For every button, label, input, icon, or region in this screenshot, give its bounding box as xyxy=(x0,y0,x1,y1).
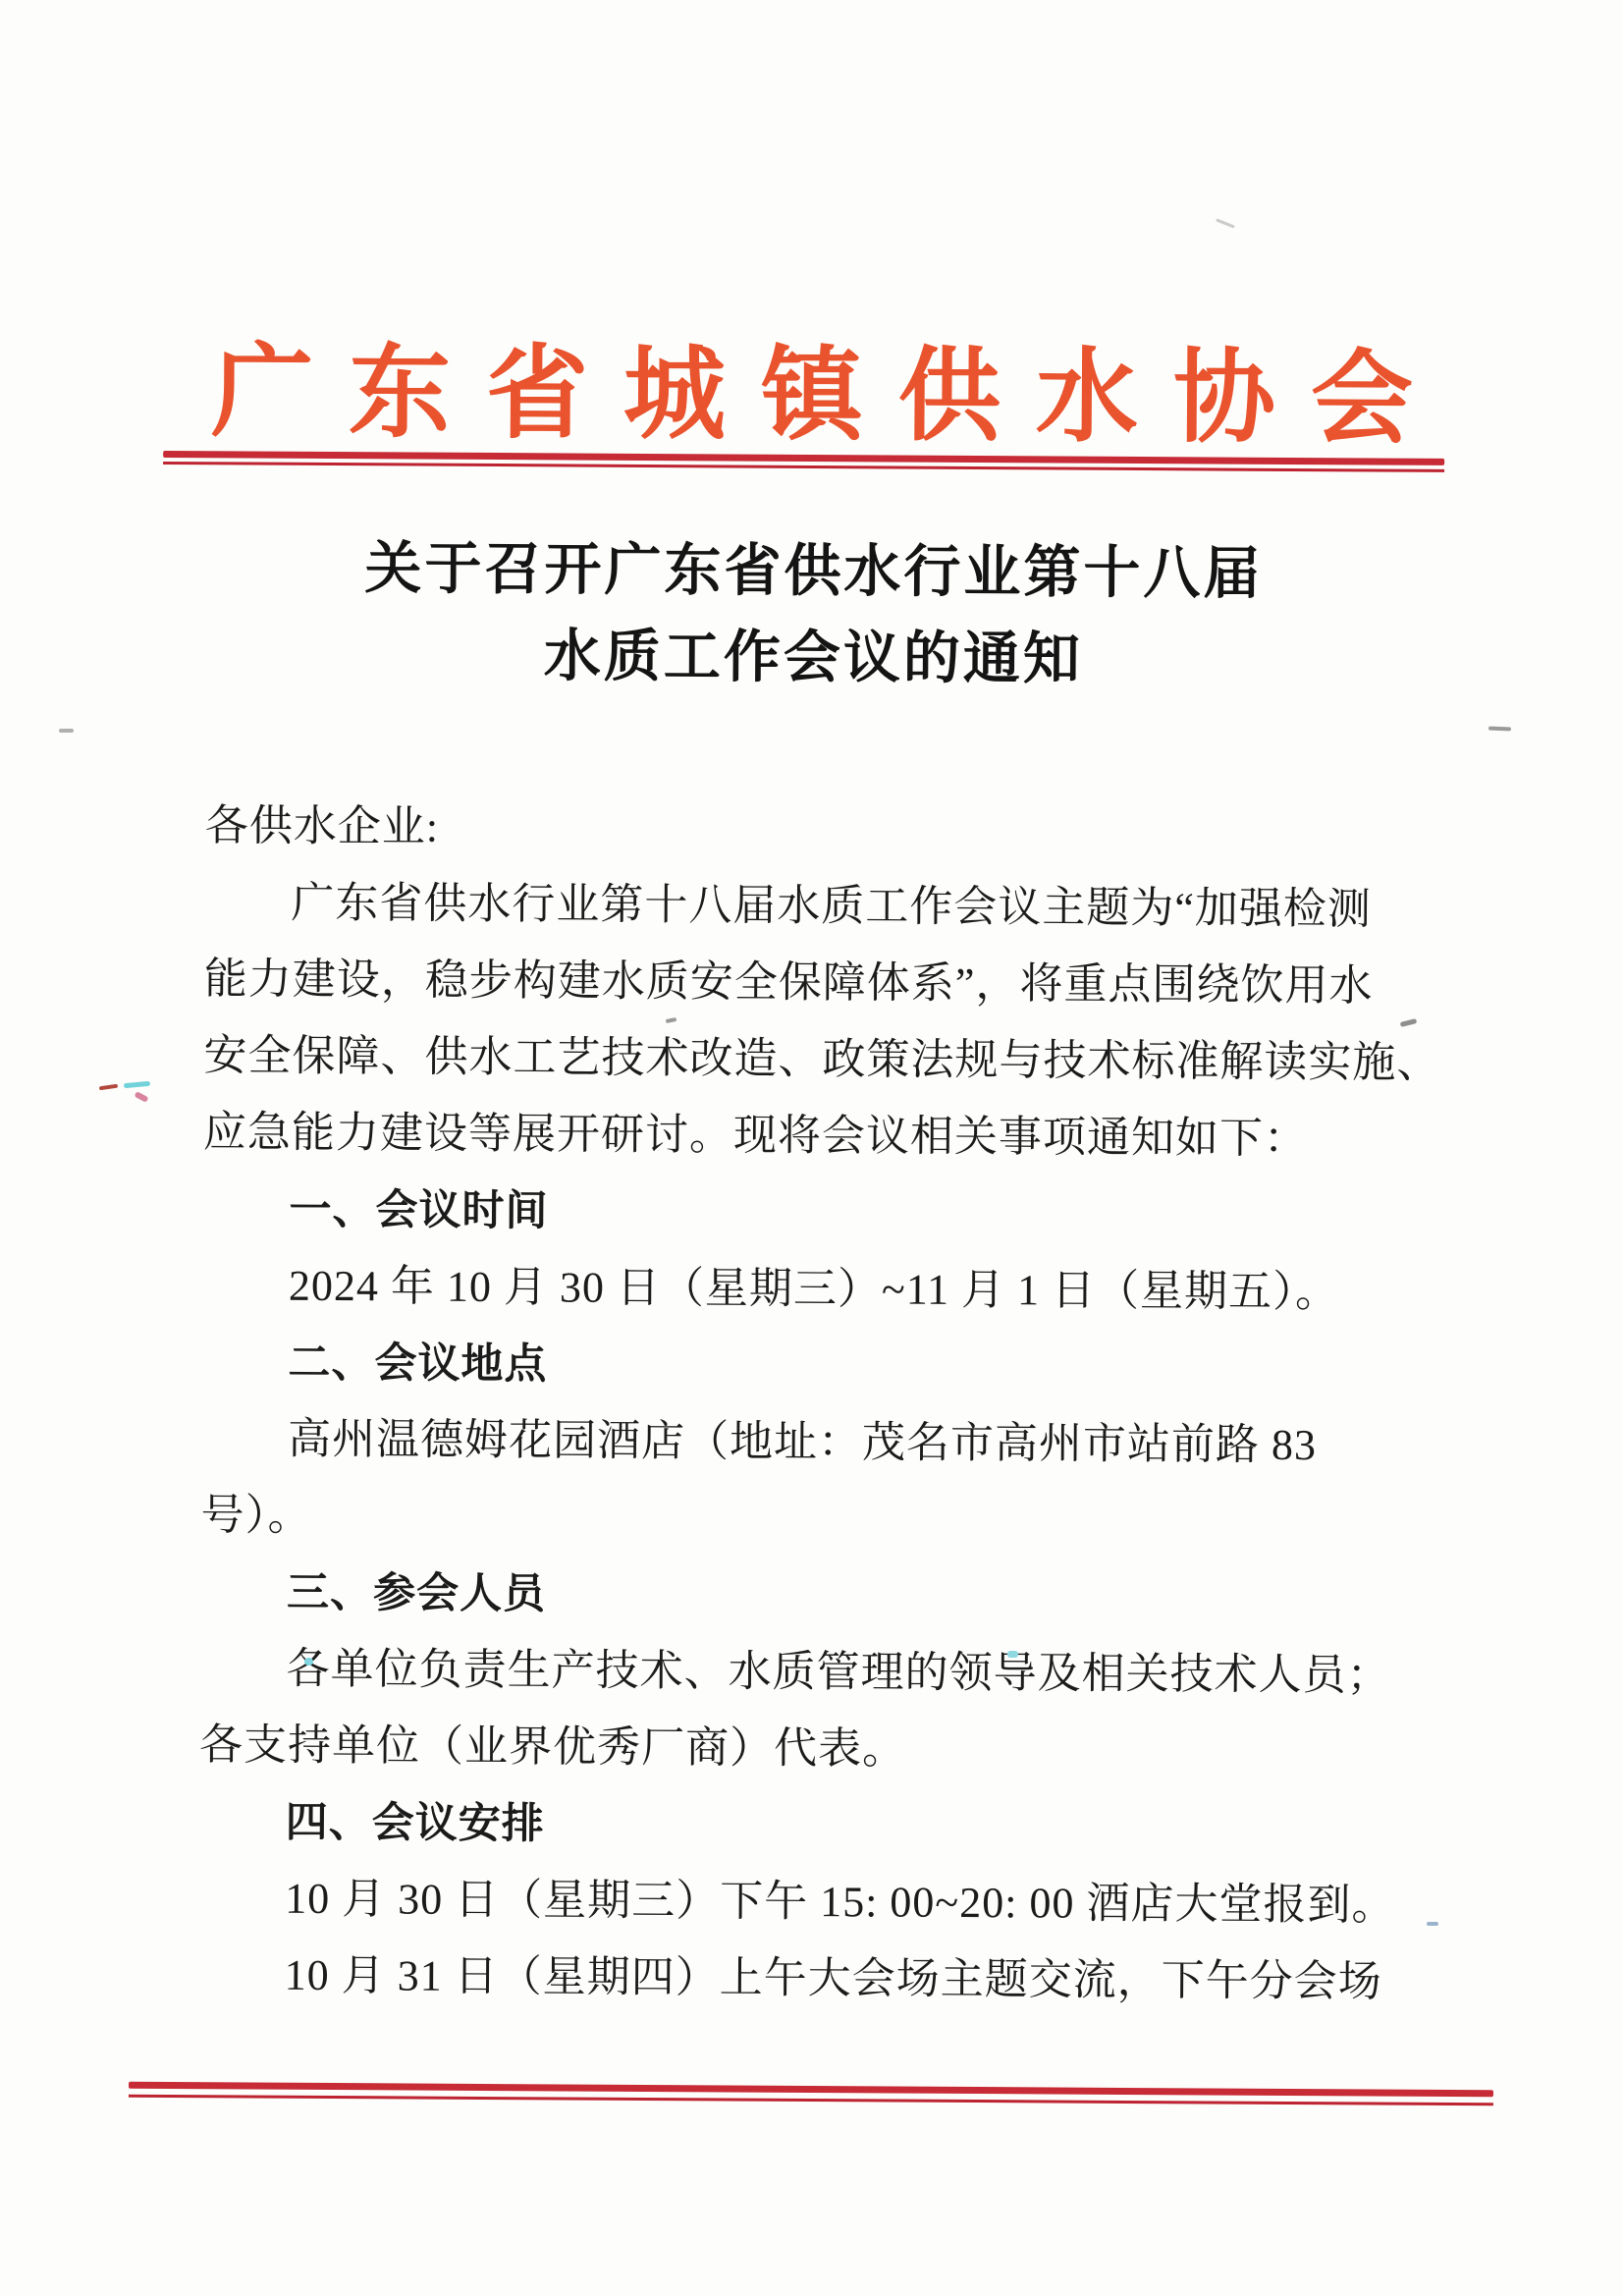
footer-rule-thin xyxy=(129,2095,1493,2105)
section-2-venue-line-1: 高州温德姆花园酒店（地址：茂名市高州市站前路 83 xyxy=(201,1400,1440,1485)
document-title-line-2: 水质工作会议的通知 xyxy=(2,610,1623,706)
scan-artifact xyxy=(59,729,74,733)
document-title-line-1: 关于召开广东省供水行业第十八届 xyxy=(2,523,1623,620)
intro-line-1: 广东省供水行业第十八届水质工作会议主题为“加强检测 xyxy=(204,864,1443,949)
section-4-schedule-line-2: 10 月 31 日（星期四）上午大会场主题交流，下午分会场 xyxy=(197,1937,1436,2021)
intro-line-4: 应急能力建设等展开研讨。现将会议相关事项通知如下： xyxy=(203,1094,1442,1178)
section-3-attendees-line-2: 各支持单位（业界优秀厂商）代表。 xyxy=(199,1707,1438,1791)
section-4-schedule-line-1: 10 月 30 日（星期三）下午 15: 00~20: 00 酒店大堂报到。 xyxy=(198,1860,1437,1944)
section-4-heading: 四、会议安排 xyxy=(198,1783,1437,1868)
section-2-venue-line-2: 号）。 xyxy=(200,1477,1439,1561)
notice-body: 各供水企业: 广东省供水行业第十八届水质工作会议主题为“加强检测 能力建设，稳步… xyxy=(197,788,1444,2021)
section-3-attendees-line-1: 各单位负责生产技术、水质管理的领导及相关技术人员； xyxy=(199,1630,1438,1715)
document-title: 关于召开广东省供水行业第十八届 水质工作会议的通知 xyxy=(2,523,1623,706)
scan-artifact xyxy=(1488,727,1511,732)
footer-rule-thick xyxy=(129,2082,1493,2097)
intro-line-2: 能力建设，稳步构建水质安全保障体系”，将重点围绕饮用水 xyxy=(204,941,1443,1025)
scan-artifact xyxy=(1427,1922,1438,1926)
section-3-heading: 三、参会人员 xyxy=(200,1554,1439,1638)
footer-double-rule xyxy=(129,2082,1493,2105)
section-1-date: 2024 年 10 月 30 日（星期三）~11 月 1 日（星期五）。 xyxy=(202,1247,1441,1332)
scanned-notice-page: 广东省城镇供水协会 关于召开广东省供水行业第十八届 水质工作会议的通知 各供水企… xyxy=(0,0,1623,2296)
organization-name: 广东省城镇供水协会 xyxy=(3,307,1623,465)
salutation-line: 各供水企业: xyxy=(205,788,1444,872)
intro-line-3: 安全保障、供水工艺技术改造、政策法规与技术标准解读实施、 xyxy=(203,1017,1442,1102)
scan-artifact xyxy=(1007,1651,1018,1658)
section-1-heading: 一、会议时间 xyxy=(202,1171,1441,1255)
scan-artifact xyxy=(304,1658,313,1666)
section-2-heading: 二、会议地点 xyxy=(201,1324,1440,1408)
